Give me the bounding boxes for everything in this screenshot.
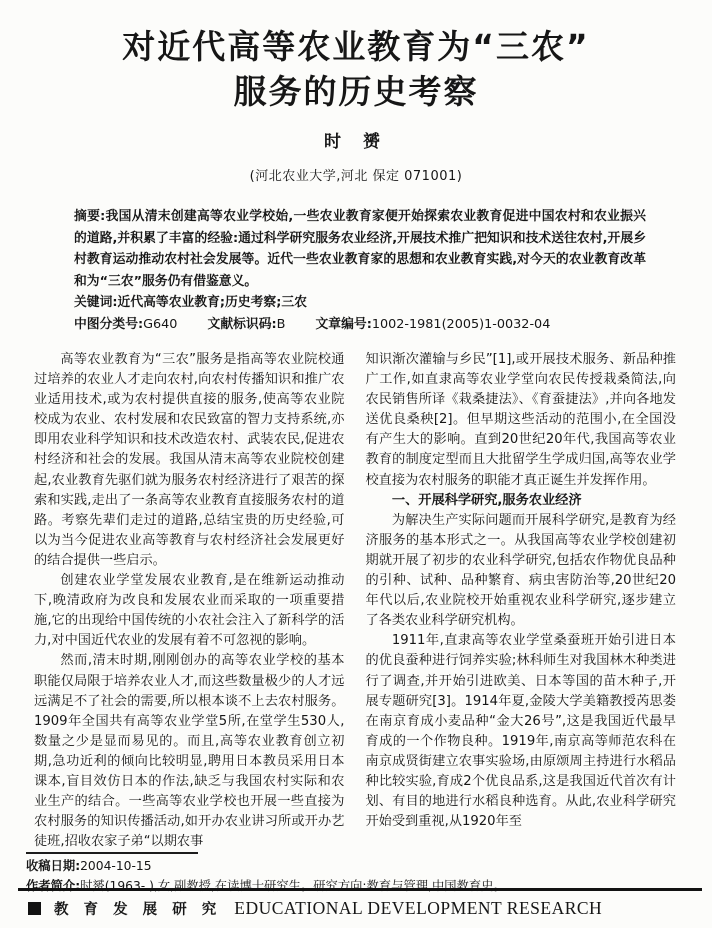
journal-name-english: EDUCATIONAL DEVELOPMENT RESEARCH: [234, 898, 602, 919]
body-paragraph: 高等农业教育为“三农”服务是指高等农业院校通过培养的农业人才走向农村,向农村传播…: [34, 350, 345, 571]
abstract-paragraph: 摘要:我国从清末创建高等农业学校始,一些农业教育家便开始探索农业教育促进中国农村…: [74, 206, 646, 292]
keywords-label: 关键词:: [74, 295, 118, 310]
body-paragraph: 然而,清末时期,刚刚创办的高等农业学校的基本职能仅局限于培养农业人才,而这些数量…: [34, 651, 345, 850]
abstract-text: 我国从清末创建高等农业学校始,一些农业教育家便开始探索农业教育促进中国农村和农业…: [74, 209, 646, 289]
received-date-label: 收稿日期:: [26, 859, 80, 873]
article-title: 对近代高等农业教育为“三农” 服务的历史考察: [44, 24, 668, 114]
right-column: 知识渐次灌输与乡民”[1],或开展技术服务、新品种推广工作,如直隶高等农业学堂向…: [366, 350, 677, 850]
footer-row: 教 育 发 展 研 究 EDUCATIONAL DEVELOPMENT RESE…: [28, 898, 712, 919]
square-bullet-icon: [28, 902, 41, 915]
received-date-line: 收稿日期:2004-10-15: [26, 857, 672, 877]
body-paragraph: 为解决生产实际问题而开展科学研究,是教育为经济服务的基本形式之一。从我国高等农业…: [366, 511, 677, 632]
left-column: 高等农业教育为“三农”服务是指高等农业院校通过培养的农业人才走向农村,向农村传播…: [34, 350, 345, 850]
scanned-paper-page: 对近代高等农业教育为“三农” 服务的历史考察 时 赟 (河北农业大学,河北 保定…: [0, 0, 712, 928]
body-paragraph-continuation: 知识渐次灌输与乡民”[1],或开展技术服务、新品种推广工作,如直隶高等农业学堂向…: [366, 350, 677, 491]
journal-name-chinese: 教 育 发 展 研 究: [54, 898, 221, 919]
author-affiliation: (河北农业大学,河北 保定 071001): [0, 165, 712, 184]
body-paragraph: 1911年,直隶高等农业学堂桑蚕班开始引进日本的优良蚕种进行饲养实验;林科师生对…: [366, 631, 677, 832]
article-meta-block: 摘要:我国从清末创建高等农业学校始,一些农业教育家便开始探索农业教育促进中国农村…: [74, 206, 646, 335]
author-name: 时 赟: [0, 127, 712, 152]
footer-divider: [18, 888, 702, 891]
classification-line: 中图分类号:G640 文献标识码:B 文章编号:1002-1981(2005)1…: [74, 314, 646, 336]
body-paragraph: 创建农业学堂发展农业教育,是在维新运动推动下,晚清政府为改良和发展农业而采取的一…: [34, 571, 345, 651]
section-1-heading: 一、开展科学研究,服务农业经济: [366, 491, 677, 511]
keywords-line: 关键词:近代高等农业教育;历史考察;三农: [74, 292, 646, 314]
document-code: 文献标识码:B: [208, 317, 286, 332]
article-title-line1: 对近代高等农业教育为“三农”: [122, 27, 589, 66]
keywords-text: 近代高等农业教育;历史考察;三农: [118, 295, 307, 310]
received-date-value: 2004-10-15: [80, 859, 151, 873]
journal-footer: 教 育 发 展 研 究 EDUCATIONAL DEVELOPMENT RESE…: [0, 888, 712, 919]
abstract-label: 摘要:: [74, 209, 105, 224]
body-columns: 高等农业教育为“三农”服务是指高等农业院校通过培养的农业人才走向农村,向农村传播…: [34, 350, 676, 850]
article-title-line2: 服务的历史考察: [234, 72, 479, 111]
footnote-divider: [26, 852, 198, 854]
clc-number: 中图分类号:G640: [74, 317, 177, 332]
article-id: 文章编号:1002-1981(2005)1-0032-04: [316, 317, 551, 332]
